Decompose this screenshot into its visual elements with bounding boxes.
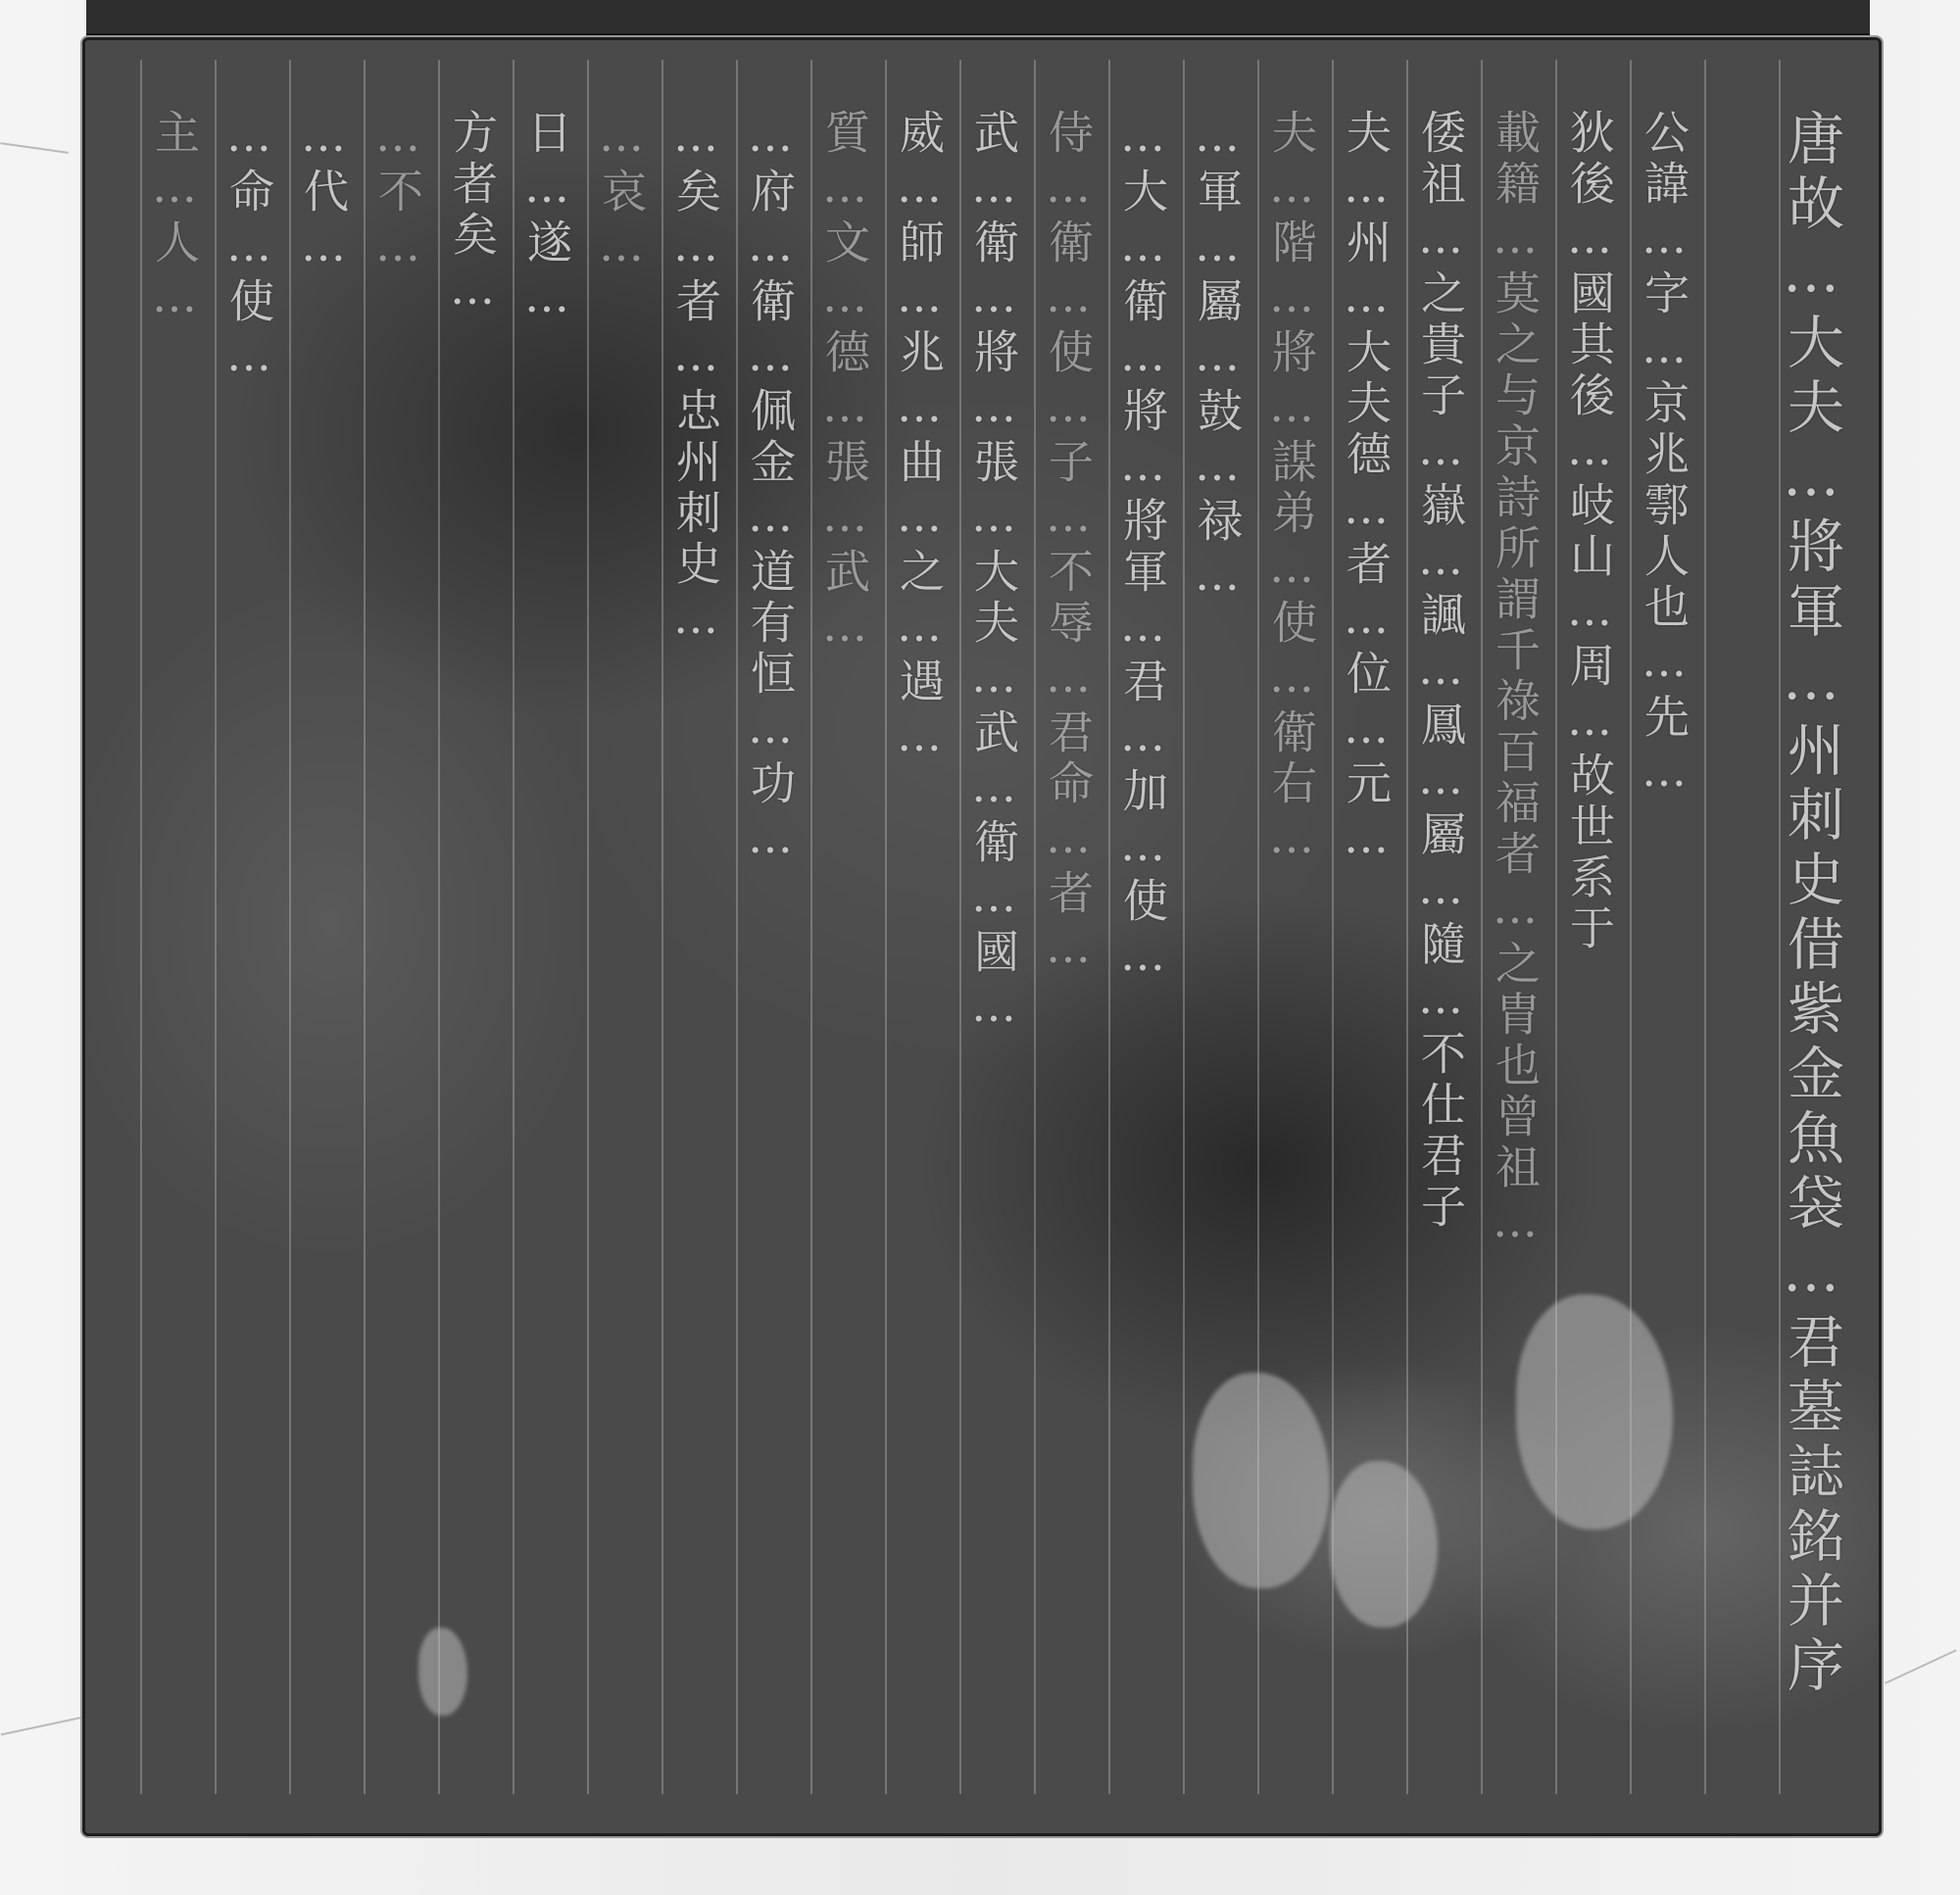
ruled-line — [140, 60, 142, 1794]
stone-stain — [418, 1628, 467, 1716]
ruled-line — [215, 60, 217, 1794]
inscription-column: 夫…階…將…謀弟…使…衛右… — [1269, 109, 1314, 869]
ruled-line — [661, 60, 663, 1794]
ruled-line — [289, 60, 291, 1794]
ruled-line — [1034, 60, 1036, 1794]
inscription-column: 公諱…字…京兆鄠人也…先… — [1641, 109, 1687, 802]
ruled-line — [959, 60, 961, 1794]
ruled-line — [1406, 60, 1408, 1794]
ruled-line — [513, 60, 514, 1794]
epitaph-stone: 唐故…大夫…將軍…州刺史借紫金魚袋…君墓誌銘并序 公諱…字…京兆鄠人也…先…狄後… — [82, 37, 1882, 1836]
inscription-column: …哀… — [599, 109, 644, 277]
ruled-line — [1257, 60, 1259, 1794]
ruled-line — [587, 60, 589, 1794]
inscription-column: 日…遂… — [524, 109, 569, 328]
inscription-column: 威…師…兆…曲…之…遇… — [897, 109, 942, 767]
ruled-line — [1555, 60, 1557, 1794]
ruled-line — [1481, 60, 1483, 1794]
ruled-line — [364, 60, 366, 1794]
stone-stain — [1516, 1294, 1673, 1530]
inscription-column: 侍…衛…使…子…不辱…君命…者… — [1046, 109, 1091, 979]
inscription-column: 狄後…國其後…岐山…周…故世系于 — [1567, 109, 1612, 955]
inscription-column: …代… — [301, 109, 346, 277]
inscription-column: …命…使… — [226, 109, 271, 387]
inscription-column: 武…衛…將…張…大夫…武…衛…國… — [971, 109, 1016, 1038]
ruled-line — [438, 60, 440, 1794]
stone-stain — [1193, 1373, 1330, 1588]
upper-stone-edge — [86, 0, 1870, 36]
ruled-line — [810, 60, 812, 1794]
inscription-column: …府…衛…佩金…道有恒…功… — [748, 109, 793, 869]
ruled-line — [1630, 60, 1632, 1794]
inscription-column: 夫…州…大夫德…者…位…元… — [1344, 109, 1389, 869]
ruled-line — [1183, 60, 1185, 1794]
stone-stain — [1330, 1461, 1438, 1628]
inscription-column: 質…文…德…張…武… — [822, 109, 867, 657]
inscription-column: …大…衛…將…將軍…君…加…使… — [1120, 109, 1165, 987]
ruled-line — [736, 60, 738, 1794]
inscription-column: 倭祖…之貴子…嶽…諷…鳳…屬…隨…不仕君子 — [1418, 109, 1463, 1234]
ruled-line — [1704, 60, 1706, 1794]
inscription-column: …軍…屬…鼓…禄… — [1195, 109, 1240, 607]
inscription-column: 主…人… — [152, 109, 197, 328]
inscription-title: 唐故…大夫…將軍…州刺史借紫金魚袋…君墓誌銘并序 — [1783, 109, 1839, 1700]
inscription-column: 載籍…莫之与京詩所謂千祿百福者…之胄也曾祖… — [1493, 109, 1538, 1253]
inscription-column: 方者矣… — [450, 109, 495, 320]
ruled-line — [1108, 60, 1110, 1794]
ruled-line — [885, 60, 887, 1794]
inscription-column: …矣…者…忠州刺史… — [673, 109, 718, 650]
inscription-column: …不… — [375, 109, 420, 277]
ruled-line — [1332, 60, 1334, 1794]
